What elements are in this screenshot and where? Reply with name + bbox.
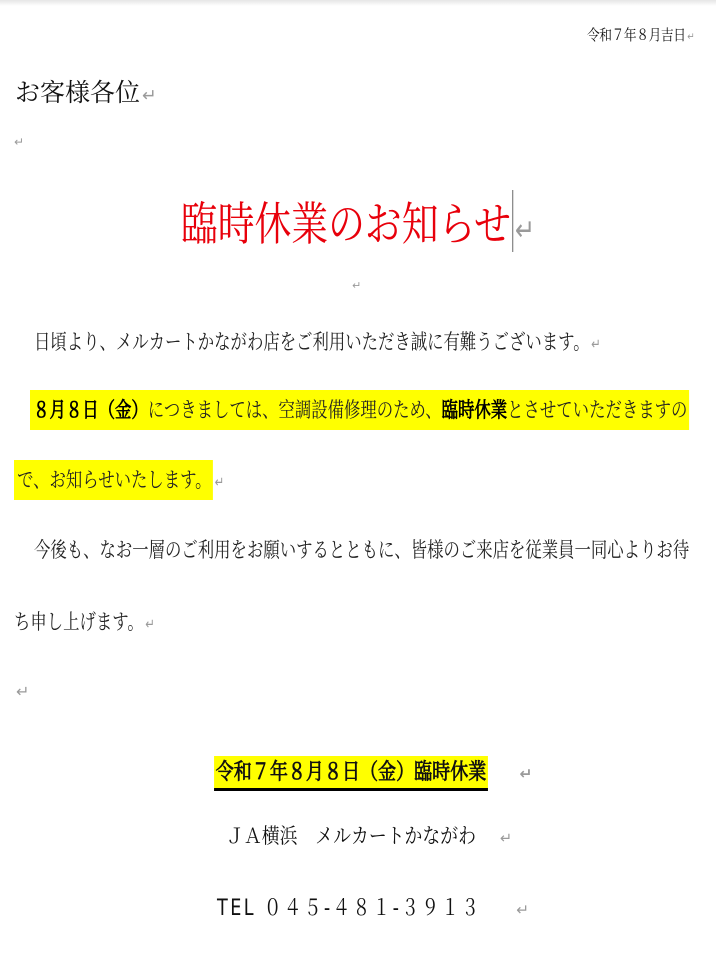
phone-text: TEL ０４５-４８１-３９１３ <box>217 898 481 920</box>
closing-paragraph-line2: ち申し上げます。↵ <box>14 612 155 633</box>
empty-paragraph-mark-icon: ↵ <box>352 280 361 291</box>
title-text: 臨時休業のお知らせ <box>181 197 511 251</box>
paragraph-mark-icon: ↵ <box>142 86 157 106</box>
empty-paragraph-mark-icon: ↵ <box>14 136 24 148</box>
document-date: 令和７年８月吉日↵ <box>587 28 694 43</box>
document-title[interactable]: 臨時休業のお知らせ↵ <box>72 190 645 252</box>
notice-paragraph-line1: ８月８日（金）につきましては、空調設備修理のため、臨時休業とさせていただきますの <box>30 400 689 421</box>
paragraph-mark-icon: ↵ <box>145 616 155 633</box>
paragraph-mark-icon: ↵ <box>591 336 601 353</box>
highlighted-underlined-text: 令和７年８月８日（金）臨時休業 <box>214 756 488 791</box>
closing-paragraph-line1: 今後も、なお一層のご利用をお願いするとともに、皆様のご来店を従業員一同心よりお待 <box>34 540 689 561</box>
paragraph-mark-icon: ↵ <box>500 830 512 847</box>
closure-bold: 臨時休業 <box>442 398 508 422</box>
paragraph-mark-icon: ↵ <box>515 213 535 248</box>
greeting-paragraph: 日頃より、メルカートかながわ店をご利用いただき誠に有難うございます。↵ <box>34 332 601 353</box>
notice-text: で、お知らせいたします。 <box>17 468 211 492</box>
paragraph-mark-icon: ↵ <box>687 31 694 43</box>
page-top-edge <box>0 0 716 6</box>
addressee: お客様各位↵ <box>15 80 157 106</box>
footer-store-name: ＪＡ横浜 メルカートかながわ↵ <box>0 826 716 847</box>
closure-date-bold: ８月８日（金） <box>33 398 148 422</box>
store-name-text: ＪＡ横浜 メルカートかながわ <box>226 826 476 847</box>
closing-text: 今後も、なお一層のご利用をお願いするとともに、皆様のご来店を従業員一同心よりお待 <box>34 538 689 562</box>
footer-phone: TEL ０４５-４８１-３９１３↵ <box>0 898 716 920</box>
paragraph-mark-icon: ↵ <box>520 765 533 783</box>
addressee-text: お客様各位 <box>15 78 140 107</box>
paragraph-mark-icon: ↵ <box>215 474 225 491</box>
highlighted-text: ８月８日（金）につきましては、空調設備修理のため、臨時休業とさせていただきますの <box>30 390 689 430</box>
highlighted-text: で、お知らせいたします。 <box>14 460 213 500</box>
notice-text: とさせていただきますの <box>507 398 687 422</box>
greeting-text: 日頃より、メルカートかながわ店をご利用いただき誠に有難うございます。 <box>34 330 590 354</box>
footer-closure-date: 令和７年８月８日（金）臨時休業↵ <box>0 756 716 791</box>
date-text: 令和７年８月吉日 <box>587 26 686 44</box>
closing-text: ち申し上げます。 <box>14 610 144 634</box>
empty-paragraph-mark-icon: ↵ <box>16 684 29 700</box>
notice-text: につきましては、空調設備修理のため、 <box>148 398 442 422</box>
text-cursor <box>513 190 514 252</box>
notice-paragraph-line2: で、お知らせいたします。↵ <box>14 470 224 491</box>
paragraph-mark-icon: ↵ <box>516 901 532 919</box>
